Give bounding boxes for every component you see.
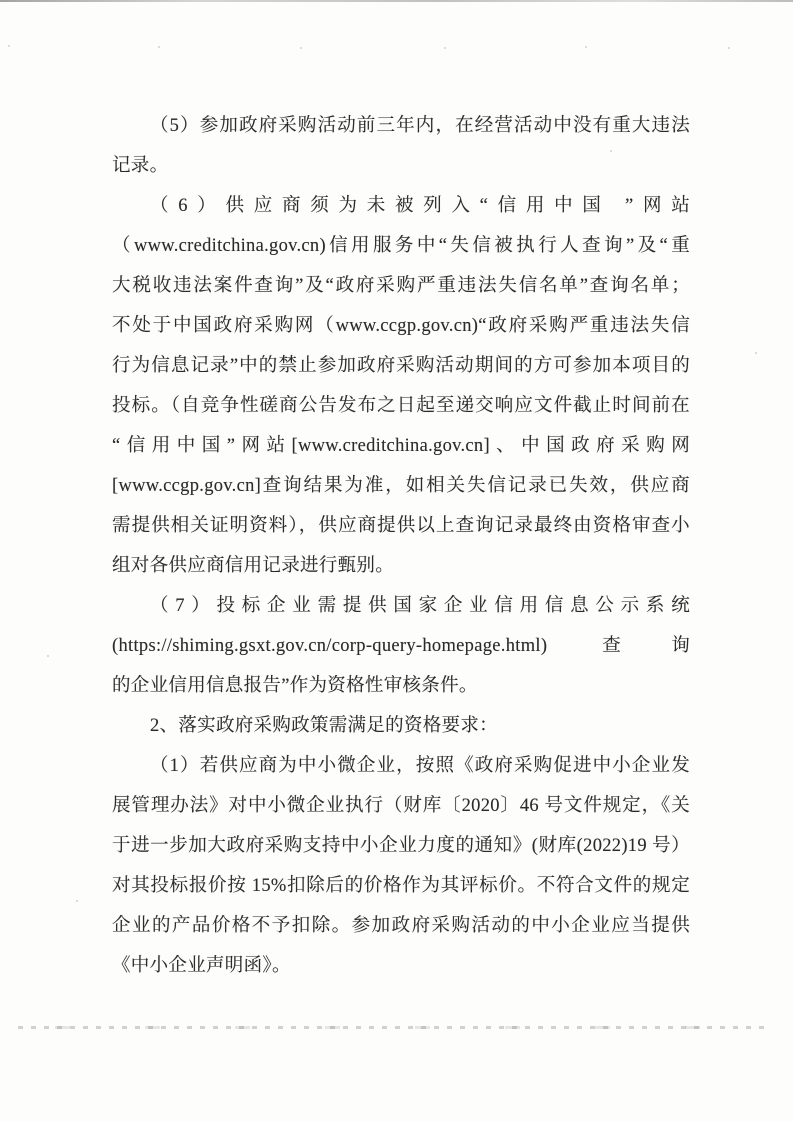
scan-speck bbox=[300, 47, 302, 49]
text-line: 的企业信用信息报告”作为资格性审核条件。 bbox=[112, 666, 690, 706]
scan-edge-artifact bbox=[0, 0, 793, 2]
text-line: 需提供相关证明资料），供应商提供以上查询记录最终由资格审查小 bbox=[112, 506, 690, 546]
scan-artifact-line bbox=[18, 1026, 770, 1029]
text-line: 不处于中国政府采购网（www.ccgp.gov.cn)“政府采购严重违法失信 bbox=[112, 306, 690, 346]
text-line: [www.ccgp.gov.cn]查询结果为准，如相关失信记录已失效，供应商 bbox=[112, 466, 690, 506]
text-line: 行为信息记录”中的禁止参加政府采购活动期间的方可参加本项目的 bbox=[112, 346, 690, 386]
text-line: 2、落实政府采购政策需满足的资格要求： bbox=[112, 706, 690, 746]
text-line: 对其投标报价按 15%扣除后的价格作为其评标价。不符合文件的规定 bbox=[112, 866, 690, 906]
text-line: （1）若供应商为中小微企业，按照《政府采购促进中小企业发 bbox=[112, 746, 690, 786]
scan-speck bbox=[8, 45, 10, 47]
text-line: （7）投标企业需提供国家企业信用信息公示系统 bbox=[112, 586, 690, 626]
text-line: （5）参加政府采购活动前三年内，在经营活动中没有重大违法 bbox=[112, 106, 690, 146]
scan-speck bbox=[444, 47, 446, 49]
scan-speck bbox=[158, 46, 160, 48]
text-line: 展管理办法》对中小微企业执行（财库〔2020〕46 号文件规定，《关 bbox=[112, 786, 690, 826]
scan-speck bbox=[728, 47, 730, 49]
scan-speck bbox=[76, 900, 78, 902]
document-page: （5）参加政府采购活动前三年内，在经营活动中没有重大违法 记录。 （6）供应商须… bbox=[0, 0, 793, 1122]
document-text: （5）参加政府采购活动前三年内，在经营活动中没有重大违法 记录。 （6）供应商须… bbox=[112, 106, 690, 986]
text-line: 大税收违法案件查询”及“政府采购严重违法失信名单”查询名单； bbox=[112, 266, 690, 306]
text-line: 企业的产品价格不予扣除。参加政府采购活动的中小企业应当提供 bbox=[112, 906, 690, 946]
text-line: 投标。（自竞争性磋商公告发布之日起至递交响应文件截止时间前在 bbox=[112, 386, 690, 426]
text-line: 组对各供应商信用记录进行甄别。 bbox=[112, 546, 690, 586]
text-line: （www.creditchina.gov.cn)信用服务中“失信被执行人查询”及… bbox=[112, 226, 690, 266]
text-line: （6）供应商须为未被列入“信用中国 ”网站 bbox=[112, 186, 690, 226]
text-line: (https://shiming.gsxt.gov.cn/corp-query-… bbox=[112, 626, 690, 666]
text-line: 记录。 bbox=[112, 146, 690, 186]
text-line: “信用中国”网站[www.creditchina.gov.cn]、中国政府采购网 bbox=[112, 426, 690, 466]
scan-speck bbox=[755, 352, 757, 354]
text-line: 于进一步加大政府采购支持中小企业力度的通知》(财库(2022)19 号） bbox=[112, 826, 690, 866]
scan-speck bbox=[47, 655, 49, 657]
scan-speck bbox=[585, 46, 587, 48]
text-line: 《中小企业声明函》。 bbox=[112, 946, 690, 986]
